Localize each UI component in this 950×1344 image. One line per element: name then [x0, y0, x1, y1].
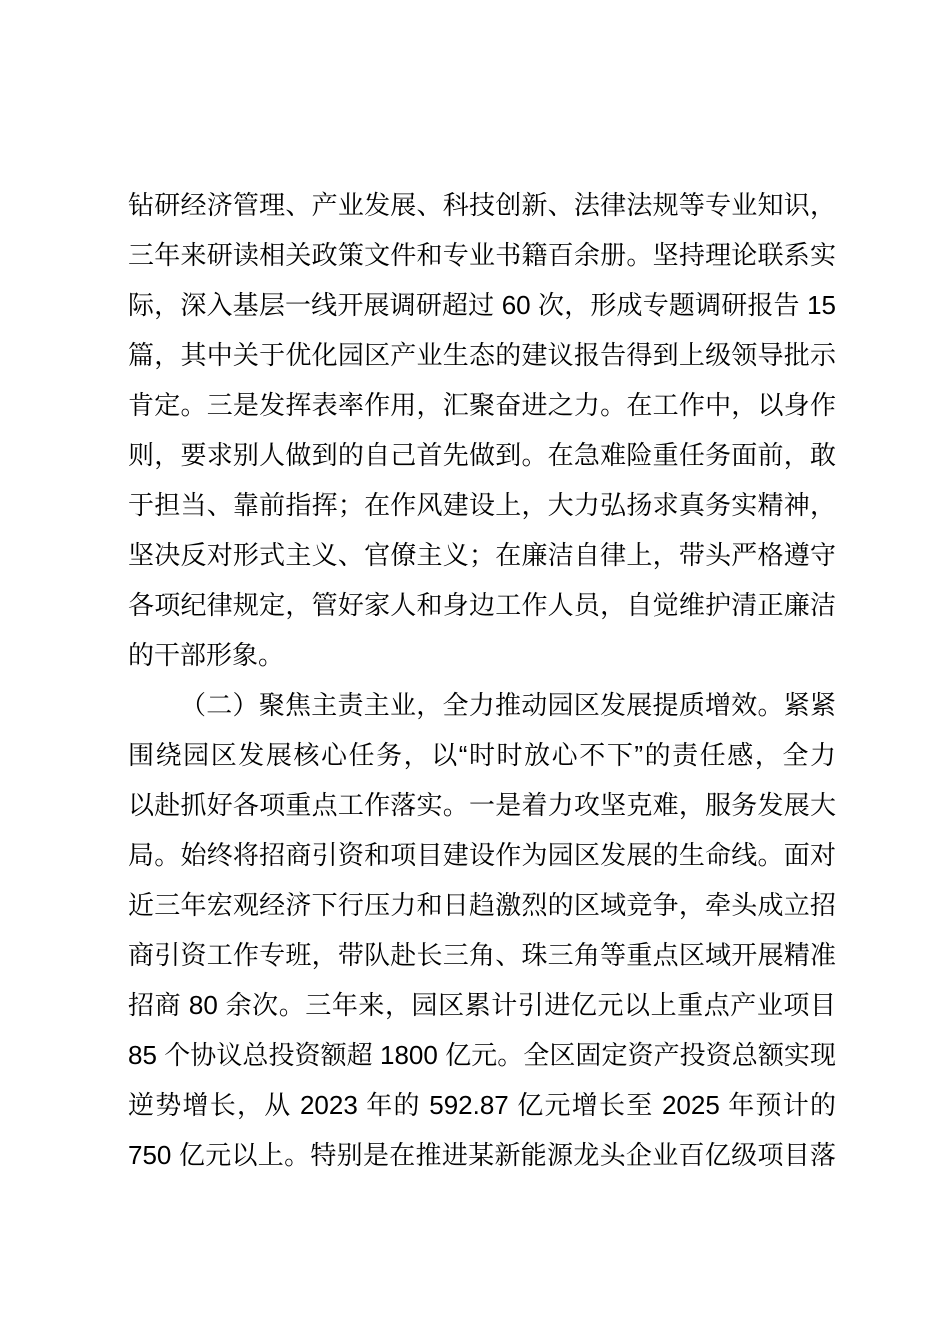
- text-line: 于担当、靠前指挥；在作风建设上，大力弘扬求真务实精神，: [128, 480, 836, 530]
- text-line: 750 亿元以上。特别是在推进某新能源龙头企业百亿级项目落: [128, 1130, 836, 1180]
- page-background: 钻研经济管理、产业发展、科技创新、法律法规等专业知识， 三年来研读相关政策文件和…: [0, 0, 950, 1344]
- text-line: 围绕园区发展核心任务，以“时时放心不下”的责任感，全力: [128, 730, 836, 780]
- text-line: 篇，其中关于优化园区产业生态的建议报告得到上级领导批示: [128, 330, 836, 380]
- text-line: 商引资工作专班，带队赴长三角、珠三角等重点区域开展精准: [128, 930, 836, 980]
- text-line: 近三年宏观经济下行压力和日趋激烈的区域竞争，牵头成立招: [128, 880, 836, 930]
- text-line: 85 个协议总投资额超 1800 亿元。全区固定资产投资总额实现: [128, 1030, 836, 1080]
- text-line: 招商 80 余次。三年来，园区累计引进亿元以上重点产业项目: [128, 980, 836, 1030]
- document-text-block: 钻研经济管理、产业发展、科技创新、法律法规等专业知识， 三年来研读相关政策文件和…: [128, 180, 836, 1180]
- text-line: 际，深入基层一线开展调研超过 60 次，形成专题调研报告 15: [128, 280, 836, 330]
- text-line: 局。始终将招商引资和项目建设作为园区发展的生命线。面对: [128, 830, 836, 880]
- text-line: 逆势增长，从 2023 年的 592.87 亿元增长至 2025 年预计的: [128, 1080, 836, 1130]
- text-line: 钻研经济管理、产业发展、科技创新、法律法规等专业知识，: [128, 180, 836, 230]
- text-line-paragraph-end: 的干部形象。: [128, 630, 836, 680]
- text-line: 则，要求别人做到的自己首先做到。在急难险重任务面前，敢: [128, 430, 836, 480]
- text-line: 以赴抓好各项重点工作落实。一是着力攻坚克难，服务发展大: [128, 780, 836, 830]
- document-page: { "page": { "background_color": "#ffffff…: [0, 0, 950, 1344]
- text-line-paragraph-start: （二）聚焦主责主业，全力推动园区发展提质增效。紧紧: [128, 680, 836, 730]
- text-line: 肯定。三是发挥表率作用，汇聚奋进之力。在工作中，以身作: [128, 380, 836, 430]
- text-line: 三年来研读相关政策文件和专业书籍百余册。坚持理论联系实: [128, 230, 836, 280]
- text-line: 各项纪律规定，管好家人和身边工作人员，自觉维护清正廉洁: [128, 580, 836, 630]
- text-line: 坚决反对形式主义、官僚主义；在廉洁自律上，带头严格遵守: [128, 530, 836, 580]
